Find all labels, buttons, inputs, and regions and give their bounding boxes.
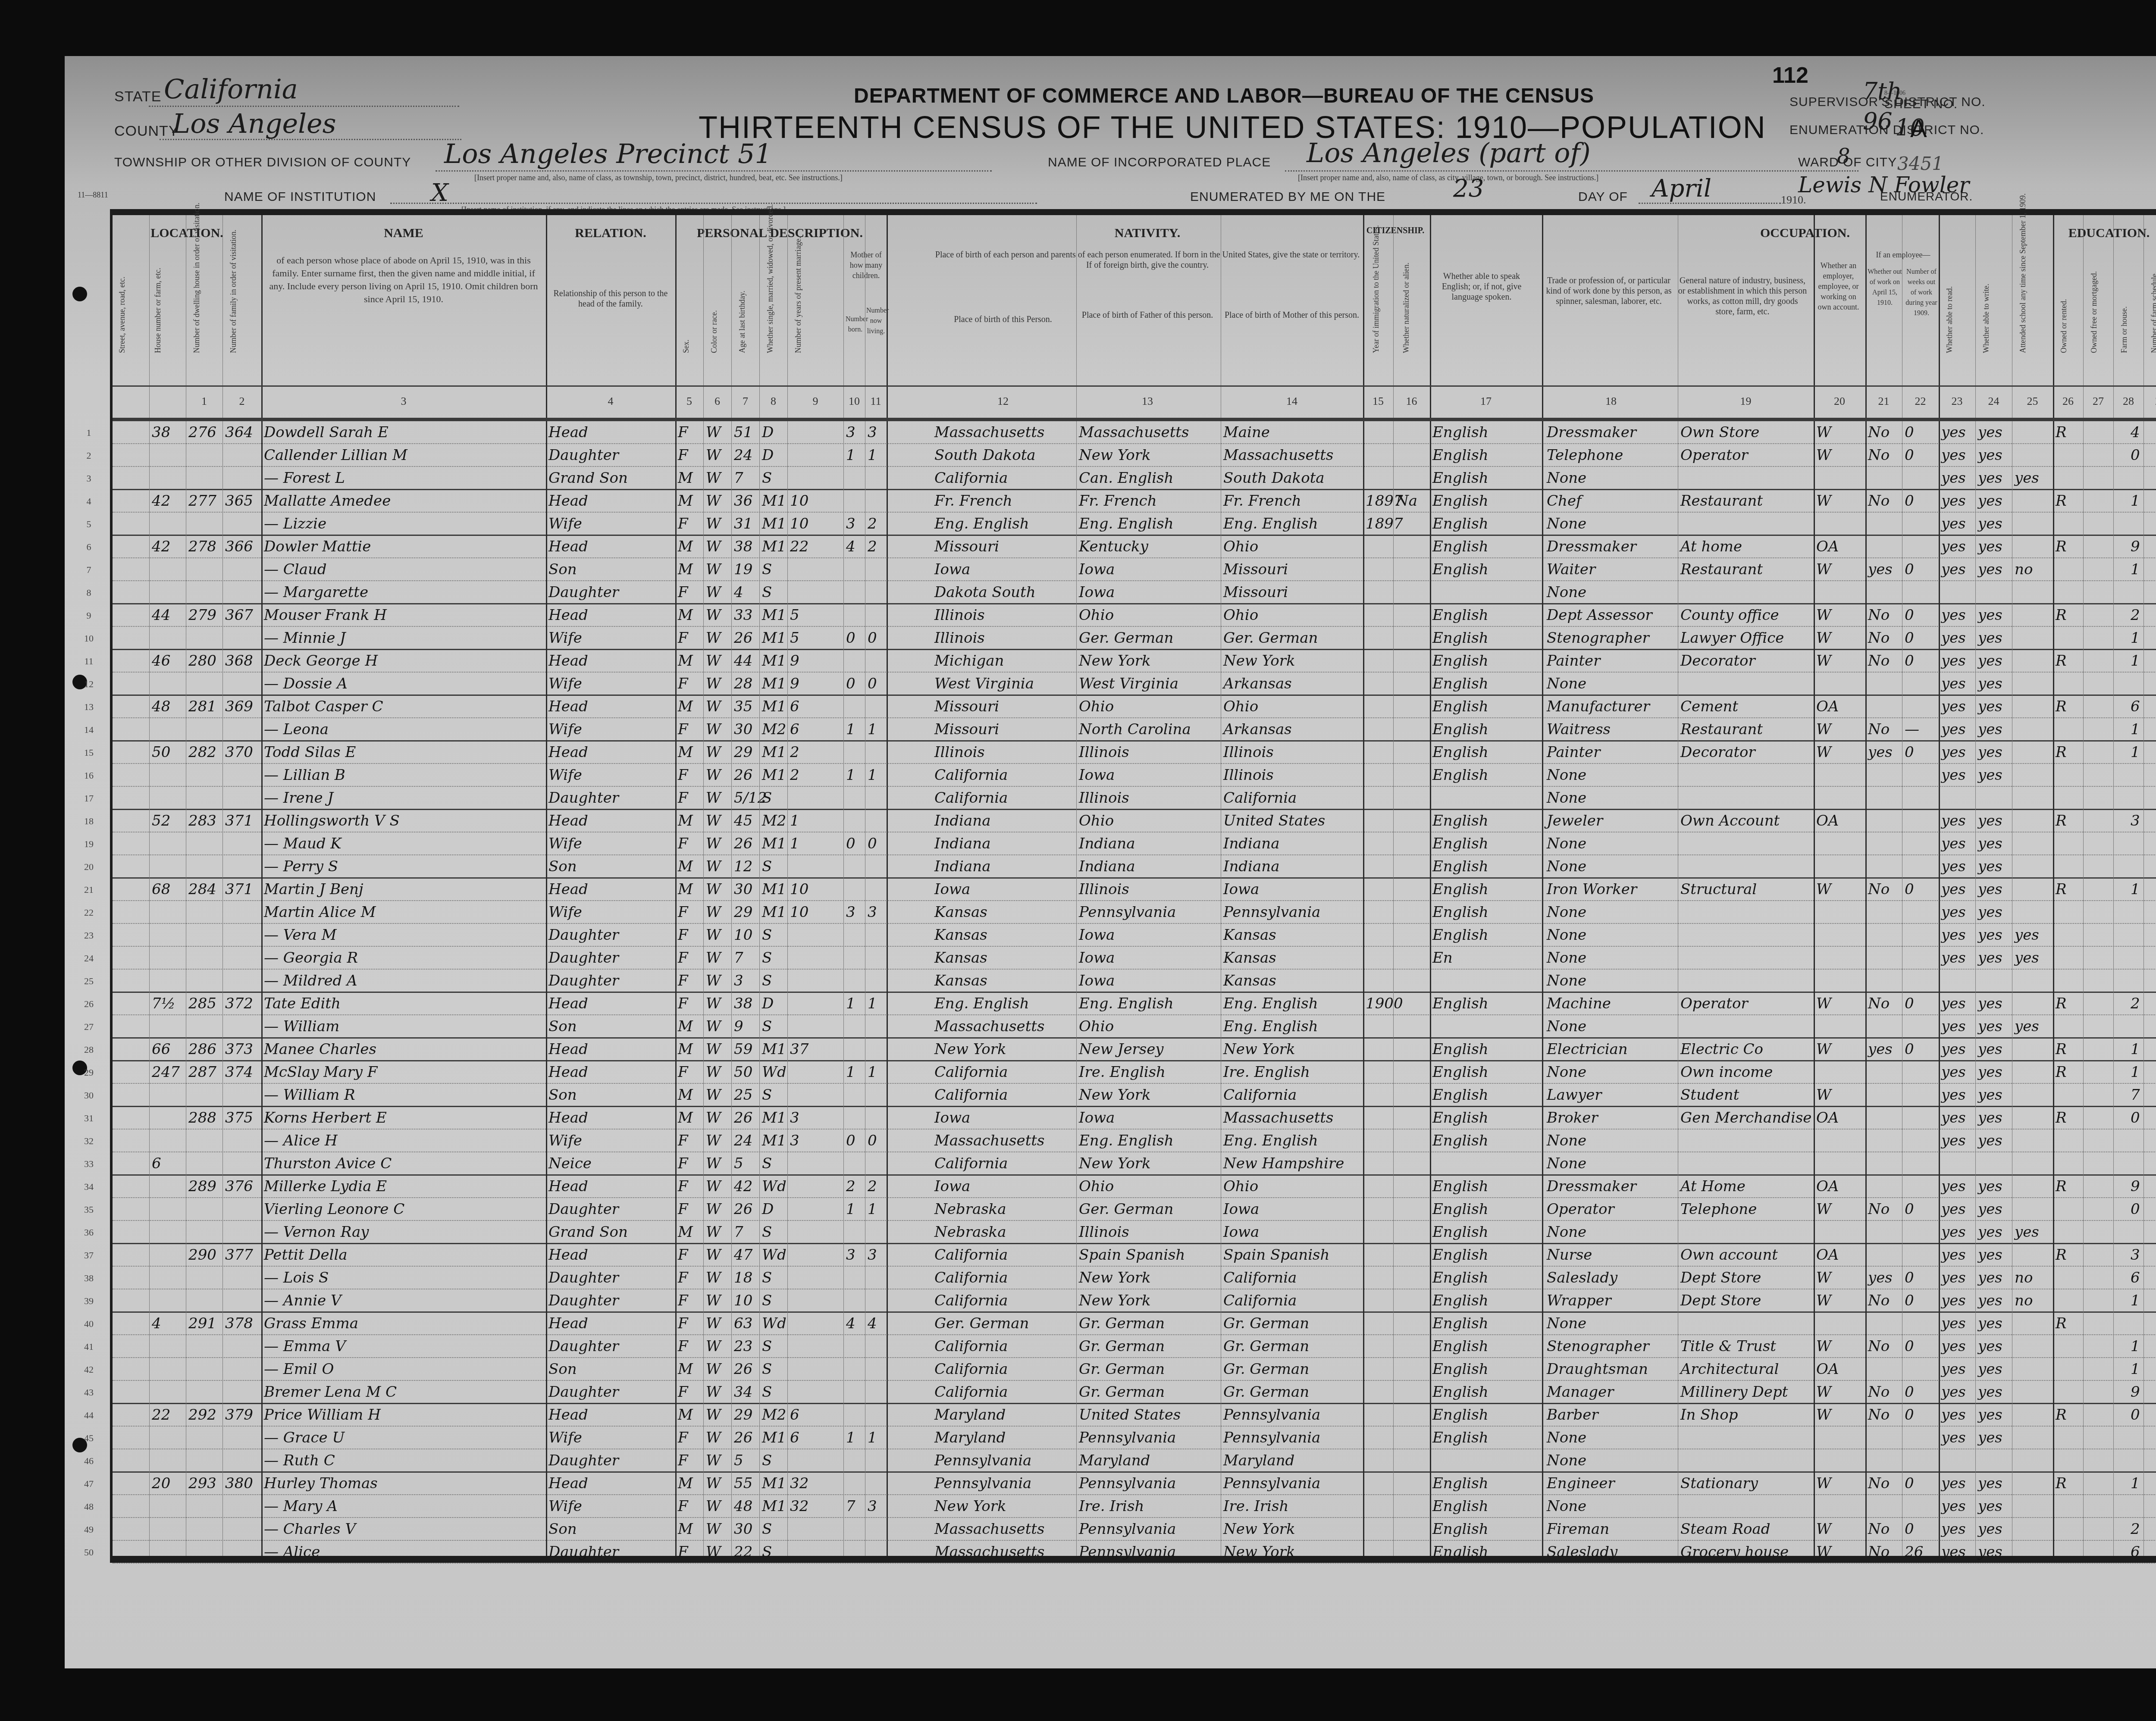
line-number: 3: [80, 473, 97, 484]
cell-race: W: [706, 1292, 721, 1309]
cell-trade: Electrician: [1547, 1041, 1628, 1058]
cell-write: yes: [1978, 629, 2002, 647]
table-row: 32— Alice HWifeFW24M1300MassachusettsEng…: [113, 1130, 2156, 1152]
cell-age: 25: [734, 1086, 752, 1104]
table-row: 39— Annie VDaughterFW10SCaliforniaNew Yo…: [113, 1289, 2156, 1312]
cell-write: yes: [1978, 1086, 2002, 1104]
ward-value: 8: [1837, 144, 1850, 169]
line-number: 35: [80, 1204, 97, 1215]
cell-race: W: [706, 1543, 721, 1561]
cell-weeks: 0: [1905, 1338, 1914, 1355]
group-citizenship: CITIZENSHIP.: [1361, 226, 1430, 236]
cell-mother: United States: [1223, 812, 1325, 829]
column-number: 25: [2012, 395, 2053, 408]
group-relation: RELATION.: [546, 226, 675, 241]
cell-race: W: [706, 1223, 721, 1241]
cell-write: yes: [1978, 1246, 2002, 1264]
cell-race: W: [706, 835, 721, 852]
cell-mother: California: [1223, 1292, 1297, 1309]
cell-age: 22: [734, 1543, 752, 1561]
cell-name: Hurley Thomas: [264, 1475, 378, 1492]
cell-race: W: [706, 1155, 721, 1172]
cell-father: Illinois: [1079, 789, 1129, 807]
cell-emp: W: [1816, 1041, 1831, 1058]
cell-read: yes: [1941, 767, 1966, 784]
street-header: Street, avenue, road, etc.: [118, 258, 127, 353]
county-value: Los Angeles: [172, 108, 336, 139]
cell-birth: Massachusetts: [934, 424, 1044, 441]
cell-birth: California: [934, 1064, 1008, 1081]
cell-industry: Restaurant: [1680, 561, 1763, 578]
weeks-out-header: Number of weeks out of work during year …: [1904, 267, 1939, 319]
cell-age: 28: [734, 675, 752, 692]
line-number: 46: [80, 1455, 97, 1467]
cell-name: Hollingsworth V S: [264, 812, 400, 829]
cell-marital: M1: [762, 744, 786, 761]
cell-read: yes: [1941, 424, 1966, 441]
cell-relation: Son: [548, 1521, 577, 1538]
cell-school: yes: [2015, 949, 2039, 967]
cell-relation: Head: [548, 744, 588, 761]
cell-weeks: 0: [1905, 561, 1914, 578]
cell-age: 26: [734, 1429, 752, 1446]
cell-race: W: [706, 926, 721, 944]
cell-family: 364: [225, 424, 253, 441]
cell-sex: M: [678, 1018, 693, 1035]
column-divider: [261, 215, 263, 1556]
cell-marital: S: [762, 1452, 772, 1469]
cell-name: — Emil O: [264, 1361, 334, 1378]
cell-age: 48: [734, 1498, 752, 1515]
cell-relation: Neice: [548, 1155, 592, 1172]
cell-sex: M: [678, 744, 693, 761]
cell-trade: Waiter: [1547, 561, 1595, 578]
cell-read: yes: [1941, 1086, 1966, 1104]
cell-race: W: [706, 721, 721, 738]
cell-sex: M: [678, 812, 693, 829]
cell-name: — Grace U: [264, 1429, 345, 1446]
cell-marital: M2: [762, 1406, 786, 1424]
cell-relation: Head: [548, 652, 588, 670]
cell-name: — Claud: [264, 561, 327, 578]
column-divider: [759, 215, 760, 1556]
cell-mother: Massachusetts: [1223, 447, 1333, 464]
cell-family: 371: [225, 881, 253, 898]
cell-family: 378: [225, 1315, 253, 1332]
cell-relation: Head: [548, 881, 588, 898]
cell-age: 30: [734, 1521, 752, 1538]
cell-write: yes: [1978, 607, 2002, 624]
cell-born: 0: [846, 629, 856, 647]
cell-birth: Missouri: [934, 721, 999, 738]
column-number: 10: [843, 395, 865, 408]
cell-emp: W: [1816, 995, 1831, 1012]
english-speaking-header: Whether able to speak English; or, if no…: [1432, 271, 1531, 302]
cell-industry: Structural: [1680, 881, 1757, 898]
cell-own: R: [2056, 1064, 2067, 1081]
cell-sex: F: [678, 424, 688, 441]
cell-age: 50: [734, 1064, 752, 1081]
cell-relation: Head: [548, 698, 588, 715]
cell-write: yes: [1978, 492, 2002, 510]
cell-mother: Pennsylvania: [1223, 1406, 1320, 1424]
cell-birth: Illinois: [934, 607, 985, 624]
line-number: 4: [80, 496, 97, 507]
cell-house: 247: [152, 1064, 180, 1081]
cell-father: Iowa: [1079, 926, 1115, 944]
column-divider: [1076, 215, 1077, 1556]
cell-marital: S: [762, 1543, 772, 1561]
cell-mother: New York: [1223, 1521, 1295, 1538]
cell-family: 376: [225, 1178, 253, 1195]
cell-birth: Pennsylvania: [934, 1452, 1031, 1469]
cell-write: yes: [1978, 1543, 2002, 1561]
cell-living: 1: [868, 767, 877, 784]
cell-father: Ohio: [1079, 698, 1114, 715]
cell-race: W: [706, 652, 721, 670]
cell-relation: Daughter: [548, 949, 619, 967]
cell-industry: In Shop: [1680, 1406, 1738, 1424]
cell-emp: W: [1816, 881, 1831, 898]
cell-marital: S: [762, 1223, 772, 1241]
cell-dwelling: 289: [188, 1178, 216, 1195]
cell-age: 34: [734, 1383, 752, 1401]
cell-own: R: [2056, 424, 2067, 441]
cell-mother: Arkansas: [1223, 721, 1292, 738]
cell-industry: Student: [1680, 1086, 1739, 1104]
census-table: LOCATION. NAME RELATION. PERSONAL DESCRI…: [110, 209, 2156, 1563]
column-number: 29: [2143, 395, 2156, 408]
column-number: 8: [759, 395, 787, 408]
margin-number: 3451: [1897, 153, 1943, 174]
cell-sex: F: [678, 584, 688, 601]
column-divider: [1430, 215, 1431, 1556]
table-row: 23— Vera MDaughterFW10SKansasIowaKansasE…: [113, 924, 2156, 947]
cell-race: W: [706, 1521, 721, 1538]
cell-out: No: [1868, 1543, 1890, 1561]
cell-name: — Dossie A: [264, 675, 348, 692]
column-divider: [675, 215, 677, 1556]
cell-english: English: [1432, 469, 1489, 487]
cell-father: Ohio: [1079, 607, 1114, 624]
cell-house: 50: [152, 744, 170, 761]
cell-born: 1: [846, 1429, 856, 1446]
line-number: 15: [80, 747, 97, 758]
cell-read: yes: [1941, 1361, 1966, 1378]
table-row: 442277365Mallatte AmedeeHeadMW36M110Fr. …: [113, 490, 2156, 513]
cell-born: 0: [846, 835, 856, 852]
cell-emp: W: [1816, 1292, 1831, 1309]
cell-write: yes: [1978, 995, 2002, 1012]
cell-read: yes: [1941, 1315, 1966, 1332]
cell-mother: Ger. German: [1223, 629, 1318, 647]
cell-house: 20: [152, 1475, 170, 1492]
cell-write: yes: [1978, 926, 2002, 944]
cell-school: yes: [2015, 926, 2039, 944]
column-divider: [186, 215, 186, 1556]
cell-name: Pettit Della: [264, 1246, 348, 1264]
cell-trade: Lawyer: [1547, 1086, 1602, 1104]
cell-age: 35: [734, 698, 752, 715]
cell-years-married: 32: [790, 1475, 808, 1492]
cell-name: — Leona: [264, 721, 329, 738]
cell-write: yes: [1978, 1361, 2002, 1378]
cell-father: Pennsylvania: [1079, 1543, 1176, 1561]
cell-industry: Title & Trust: [1680, 1338, 1776, 1355]
column-divider: [1678, 215, 1678, 1556]
cell-trade: None: [1547, 1155, 1586, 1172]
cell-birth: Kansas: [934, 926, 987, 944]
cell-english: English: [1432, 1246, 1489, 1264]
cell-mother: Iowa: [1223, 881, 1259, 898]
cell-sex: F: [678, 1155, 688, 1172]
cell-mother: Iowa: [1223, 1201, 1259, 1218]
cell-father: Iowa: [1079, 767, 1115, 784]
cell-family: 371: [225, 812, 253, 829]
column-number: 17: [1430, 395, 1542, 408]
cell-relation: Head: [548, 1406, 588, 1424]
cell-age: 19: [734, 561, 752, 578]
cell-family: 374: [225, 1064, 253, 1081]
cell-marital: S: [762, 1361, 772, 1378]
cell-out: No: [1868, 629, 1890, 647]
cell-father: Ire. English: [1079, 1064, 1166, 1081]
table-row: 1146280368Deck George HHeadMW44M19Michig…: [113, 650, 2156, 673]
cell-relation: Son: [548, 1361, 577, 1378]
cell-trade: Barber: [1547, 1406, 1598, 1424]
cell-living: 1: [868, 1064, 877, 1081]
cell-marital: M1: [762, 904, 786, 921]
cell-read: yes: [1941, 1292, 1966, 1309]
cell-name: Tate Edith: [264, 995, 341, 1012]
cell-marital: M2: [762, 812, 786, 829]
cell-birth: Massachusetts: [934, 1543, 1044, 1561]
cell-born: 3: [846, 515, 856, 532]
cell-read: yes: [1941, 1018, 1966, 1035]
cell-own: R: [2056, 744, 2067, 761]
column-divider: [843, 215, 844, 1556]
cell-sex: M: [678, 858, 693, 875]
cell-name: McSlay Mary F: [264, 1064, 377, 1081]
cell-house: 22: [152, 1406, 170, 1424]
cell-relation: Daughter: [548, 1292, 619, 1309]
cell-sex: M: [678, 1223, 693, 1241]
cell-english: English: [1432, 607, 1489, 624]
cell-out: No: [1868, 1406, 1890, 1424]
cell-mother: Pennsylvania: [1223, 904, 1320, 921]
table-row: 29247287374McSlay Mary FHeadFW50Wd11Cali…: [113, 1061, 2156, 1084]
cell-age: 42: [734, 1178, 752, 1195]
cell-trade: Dept Assessor: [1547, 607, 1652, 624]
cell-house: 46: [152, 652, 170, 670]
cell-out: No: [1868, 652, 1890, 670]
cell-name: Price William H: [264, 1406, 381, 1424]
cell-age: 47: [734, 1246, 752, 1264]
cell-marital: S: [762, 949, 772, 967]
cell-sex: F: [678, 926, 688, 944]
cell-read: yes: [1941, 858, 1966, 875]
cell-write: yes: [1978, 675, 2002, 692]
cell-emp: OA: [1816, 1178, 1839, 1195]
cell-mother: Indiana: [1223, 835, 1279, 852]
cell-emp: OA: [1816, 1361, 1839, 1378]
cell-marital: M2: [762, 721, 786, 738]
free-mortgaged-header: Owned free or mortgaged.: [2090, 250, 2099, 353]
column-divider: [1542, 215, 1543, 1556]
sex-header: Sex.: [682, 280, 691, 353]
cell-trade: Broker: [1547, 1109, 1598, 1126]
cell-dwelling: 283: [188, 812, 216, 829]
header-rule: [113, 385, 2156, 387]
cell-name: — William: [264, 1018, 339, 1035]
cell-mother: Ire. English: [1223, 1064, 1310, 1081]
state-value: California: [164, 73, 298, 105]
table-row: 41— Emma VDaughterFW23SCaliforniaGr. Ger…: [113, 1335, 2156, 1358]
cell-sex: M: [678, 881, 693, 898]
cell-name: Dowdell Sarah E: [264, 424, 389, 441]
cell-marital: Wd: [762, 1178, 787, 1195]
cell-name: — Lois S: [264, 1269, 329, 1286]
cell-out: No: [1868, 447, 1890, 464]
cell-mother: Ohio: [1223, 607, 1258, 624]
cell-out: No: [1868, 1338, 1890, 1355]
cell-read: yes: [1941, 1064, 1966, 1081]
cell-sex: F: [678, 1178, 688, 1195]
cell-sex: F: [678, 1429, 688, 1446]
cell-race: W: [706, 995, 721, 1012]
cell-age: 26: [734, 1109, 752, 1126]
cell-father: Pennsylvania: [1079, 1429, 1176, 1446]
cell-own: R: [2056, 881, 2067, 898]
cell-school: no: [2015, 1269, 2033, 1286]
cell-house: 66: [152, 1041, 170, 1058]
cell-mother: New York: [1223, 1041, 1295, 1058]
table-row: 4720293380Hurley ThomasHeadMW55M132Penns…: [113, 1472, 2156, 1495]
line-number: 29: [80, 1067, 97, 1078]
cell-father: Iowa: [1079, 949, 1115, 967]
cell-weeks: 26: [1905, 1543, 1923, 1561]
cell-own: R: [2056, 652, 2067, 670]
line-number: 43: [80, 1387, 97, 1398]
cell-english: English: [1432, 1406, 1489, 1424]
cell-marital: S: [762, 858, 772, 875]
cell-relation: Daughter: [548, 1269, 619, 1286]
line-number: 33: [80, 1158, 97, 1170]
cell-industry: At home: [1680, 538, 1742, 555]
cell-own: R: [2056, 1315, 2067, 1332]
cell-english: English: [1432, 1543, 1489, 1561]
cell-birth: Missouri: [934, 538, 999, 555]
owned-rented-header: Owned or rented.: [2059, 250, 2068, 353]
cell-age: 55: [734, 1475, 752, 1492]
cell-family: 380: [225, 1475, 253, 1492]
cell-own: R: [2056, 995, 2067, 1012]
group-occupation: OCCUPATION.: [1557, 226, 2053, 241]
cell-trade: Dressmaker: [1547, 1178, 1636, 1195]
cell-years-married: 10: [790, 904, 808, 921]
cell-english: English: [1432, 629, 1489, 647]
line-number: 32: [80, 1136, 97, 1147]
cell-father: New York: [1079, 1155, 1151, 1172]
cell-birth: Ger. German: [934, 1315, 1029, 1332]
column-number: 22: [1902, 395, 1939, 408]
line-number: 13: [80, 701, 97, 713]
cell-sex: F: [678, 904, 688, 921]
cell-write: yes: [1978, 1269, 2002, 1286]
cell-house: 48: [152, 698, 170, 715]
cell-race: W: [706, 1178, 721, 1195]
line-number: 26: [80, 998, 97, 1010]
cell-father: New York: [1079, 447, 1151, 464]
cell-mother: Ohio: [1223, 1178, 1258, 1195]
cell-industry: Dept Store: [1680, 1292, 1761, 1309]
immigration-year-header: Year of immigration to the United States…: [1372, 250, 1381, 353]
cell-english: English: [1432, 675, 1489, 692]
cell-trade: Operator: [1547, 1201, 1614, 1218]
line-number: 34: [80, 1181, 97, 1192]
cell-birth: California: [934, 1338, 1008, 1355]
cell-house: 52: [152, 812, 170, 829]
cell-marital: S: [762, 1018, 772, 1035]
day-of-label: DAY OF: [1578, 190, 1628, 204]
cell-sex: F: [678, 1452, 688, 1469]
cell-born: 1: [846, 767, 856, 784]
cell-relation: Head: [548, 538, 588, 555]
cell-read: yes: [1941, 721, 1966, 738]
cell-sex: M: [678, 1086, 693, 1104]
cell-english: En: [1432, 949, 1453, 967]
cell-trade: Dressmaker: [1547, 424, 1636, 441]
cell-mother: South Dakota: [1223, 469, 1325, 487]
institution-label: NAME OF INSTITUTION: [224, 190, 376, 204]
cell-father: United States: [1079, 1406, 1181, 1424]
cell-own: R: [2056, 1475, 2067, 1492]
cell-living: 1: [868, 1201, 877, 1218]
cell-mother: Spain Spanish: [1223, 1246, 1329, 1264]
cell-family: 373: [225, 1041, 253, 1058]
cell-trade: Dressmaker: [1547, 538, 1636, 555]
cell-relation: Wife: [548, 675, 582, 692]
cell-english: English: [1432, 515, 1489, 532]
cell-age: 26: [734, 1361, 752, 1378]
cell-age: 26: [734, 629, 752, 647]
cell-relation: Wife: [548, 1498, 582, 1515]
column-divider: [149, 215, 150, 1556]
cell-emp: W: [1816, 1383, 1831, 1401]
mother-of-children-header: Mother of how many children.: [846, 250, 887, 281]
cell-birth: California: [934, 1269, 1008, 1286]
cell-out: yes: [1868, 744, 1893, 761]
cell-industry: Architectural: [1680, 1361, 1779, 1378]
cell-read: yes: [1941, 1109, 1966, 1126]
column-number: 23: [1939, 395, 1975, 408]
cell-years-married: 3: [790, 1132, 799, 1149]
cell-age: 7: [734, 469, 743, 487]
cell-marital: M1: [762, 767, 786, 784]
table-row: 16— Lillian BWifeFW26M1211CaliforniaIowa…: [113, 764, 2156, 787]
cell-write: yes: [1978, 1429, 2002, 1446]
cell-family: 369: [225, 698, 253, 715]
cell-relation: Head: [548, 1064, 588, 1081]
sheet-label: SHEET NO.: [1884, 97, 1958, 112]
cell-age: 26: [734, 767, 752, 784]
cell-name: Dowler Mattie: [264, 538, 371, 555]
cell-race: W: [706, 881, 721, 898]
line-number: 27: [80, 1021, 97, 1033]
column-number: 20: [1814, 395, 1865, 408]
cell-sex: M: [678, 607, 693, 624]
cell-sex: F: [678, 629, 688, 647]
